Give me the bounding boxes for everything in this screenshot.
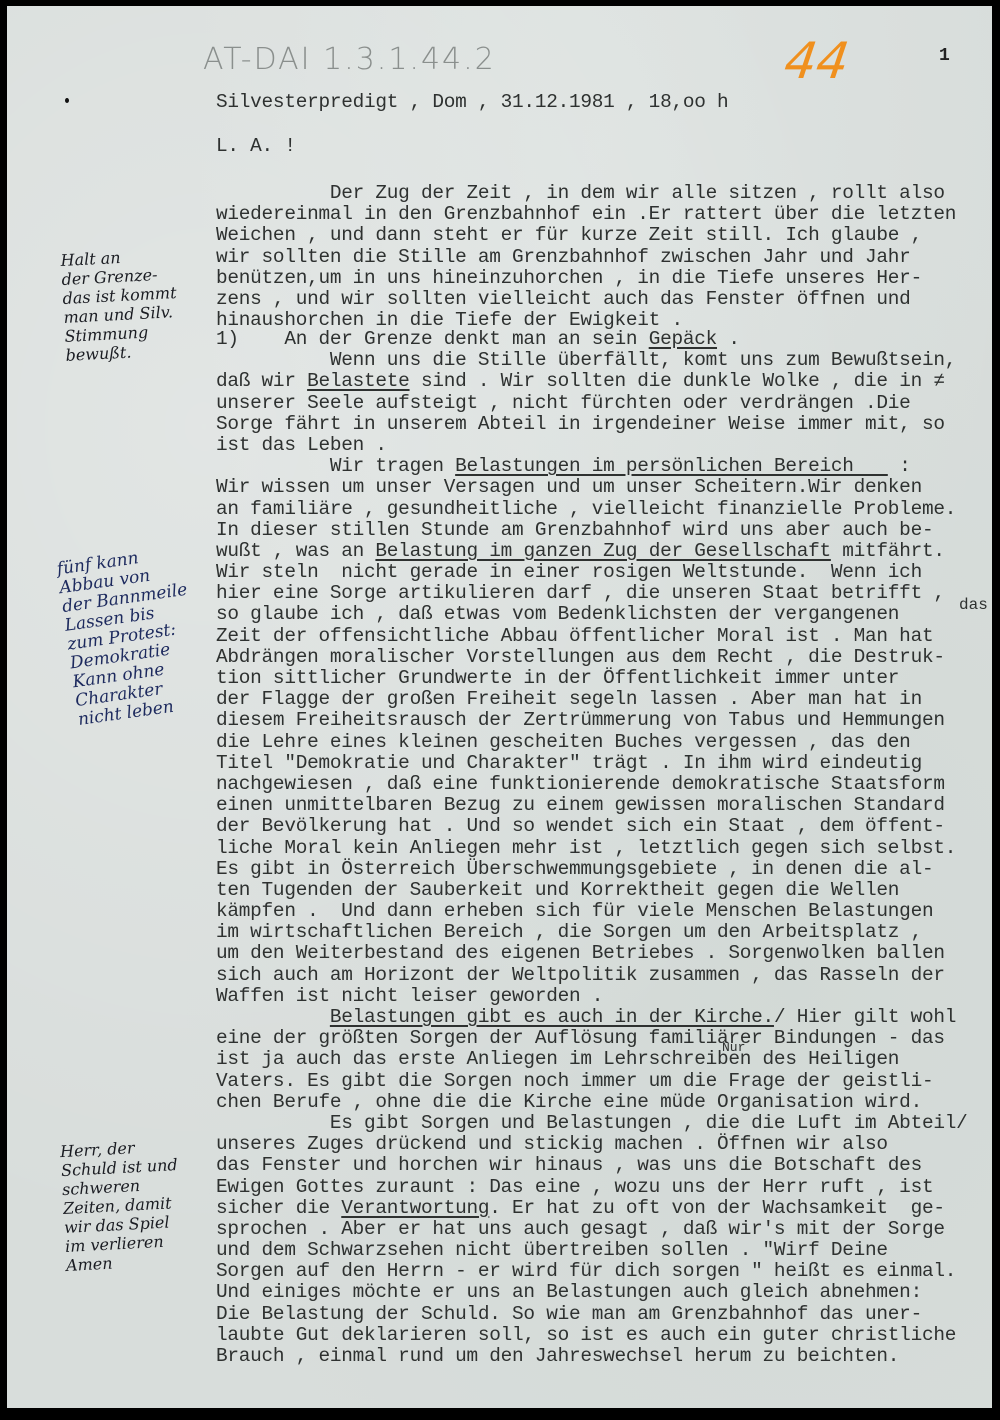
underlined-phrase: Gepäck [649,328,717,350]
page-number: 1 [939,46,950,66]
typed-line: wir sollten die Stille am Grenzbahnhof z… [216,247,996,268]
typed-line: Wir steln nicht gerade in einer rosigen … [216,562,996,583]
typed-line: Sorge fährt in unserem Abteil in irgende… [216,414,996,435]
underlined-phrase: Belastungen gibt es auch in der Kirche. [330,1006,774,1028]
typed-line: unseres Zuges drückend und stickig mache… [216,1134,996,1155]
typed-line: die Lehre eines kleinen gescheiten Buche… [216,732,996,753]
typed-line: Abdrängen moralischer Vorstellungen aus … [216,647,996,668]
underlined-phrase: Belastung im ganzen Zug der Gesellschaft [375,540,830,562]
typed-line: Weichen , und dann steht er für kurze Ze… [216,225,996,246]
intro-paragraph: Der Zug der Zeit , in dem wir alle sitze… [216,183,996,331]
folio-number: 44 [781,32,853,90]
typed-line: an familiäre , gesundheitliche , viellei… [216,499,996,520]
typed-line: und dem Schwarzsehen nicht übertreiben s… [216,1240,996,1261]
typed-line: Wir wissen um unser Versagen und um unse… [216,477,996,498]
typed-line: sich auch am Horizont der Weltpolitik zu… [216,965,996,986]
typed-line: der Bevölkerung hat . Und so wendet sich… [216,816,996,837]
margin-note-3: Herr, der Schuld ist und schweren Zeiten… [60,1136,183,1275]
typed-line: liche Moral kein Anliegen mehr ist , let… [216,838,996,859]
typed-line: ist ja auch das erste Anliegen im Lehrsc… [216,1049,996,1070]
typed-line: Der Zug der Zeit , in dem wir alle sitze… [216,183,996,204]
salutation: L. A. ! [216,136,996,157]
typed-line: wußt , was an Belastung im ganzen Zug de… [216,541,996,562]
typed-line: kämpfen . Und dann erheben sich für viel… [216,901,996,922]
margin-note-1: Halt an der Grenze- das ist kommt man un… [60,245,180,365]
typed-line: Vaters. Es gibt die Sorgen noch immer um… [216,1071,996,1092]
typed-line: Titel "Demokratie und Charakter" trägt .… [216,753,996,774]
underlined-phrase: Belastungen im persönlichen Bereich [455,455,888,477]
insertion-nur: Nur [722,1040,745,1055]
typed-line: um den Weiterbestand des eigenen Betrieb… [216,943,996,964]
typed-line: Es gibt in Österreich Überschwemmungsgeb… [216,859,996,880]
typed-line: ten Tugenden der Sauberkeit und Korrekth… [216,880,996,901]
typed-line: Wenn uns die Stille überfällt, komt uns … [216,350,996,371]
typed-line: Sorgen auf den Herrn - er wird für dich … [216,1261,996,1282]
document-page: AT-DAI 1.3.1.44.2 44 1 Silvesterpredigt … [7,6,992,1408]
typed-line: Belastungen gibt es auch in der Kirche./… [216,1007,996,1028]
typed-line: einen unmittelbaren Bezug zu einem gewis… [216,795,996,816]
typed-line: im wirtschaftlichen Bereich , die Sorgen… [216,922,996,943]
typed-line: In dieser stillen Stunde am Grenzbahnhof… [216,520,996,541]
typed-line: diesem Freiheitsrausch der Zertrümmerung… [216,710,996,731]
typed-line: so glaube ich , daß etwas vom Bedenklich… [216,604,996,625]
typed-line: Wir tragen Belastungen im persönlichen B… [216,456,996,477]
typed-line: tion sittlicher Grundwerte in der Öffent… [216,668,996,689]
typed-line: Die Belastung der Schuld. So wie man am … [216,1304,996,1325]
typed-line: wiedereinmal in den Grenzbahnhof ein .Er… [216,204,996,225]
archive-reference: AT-DAI 1.3.1.44.2 [203,42,496,77]
punch-mark [65,98,69,103]
typed-line: chen Berufe , ohne die die Kirche eine m… [216,1092,996,1113]
typed-line: der Flagge der großen Freiheit segeln la… [216,689,996,710]
typed-line: ist das Leben . [216,435,996,456]
typed-line: Und einiges möchte er uns an Belastungen… [216,1282,996,1303]
typed-line: Zeit der offensichtliche Abbau öffentlic… [216,626,996,647]
typed-line: eine der größten Sorgen der Auflösung fa… [216,1028,996,1049]
typed-line: daß wir Belastete sind . Wir sollten die… [216,371,996,392]
sermon-heading: Silvesterpredigt , Dom , 31.12.1981 , 18… [216,92,996,113]
typed-line: An der Grenze denkt man an sein Gepäck . [216,329,996,350]
underlined-phrase: Verantwortung [341,1197,489,1219]
typed-line: zens , und wir sollten vielleicht auch d… [216,289,996,310]
typed-line: Brauch , einmal rund um den Jahreswechse… [216,1346,996,1367]
typed-line: nachgewiesen , daß eine funktionierende … [216,774,996,795]
typed-line: sicher die Verantwortung. Er hat zu oft … [216,1198,996,1219]
typed-line: Waffen ist nicht leiser geworden . [216,986,996,1007]
section-1-body: An der Grenze denkt man an sein Gepäck .… [216,329,996,1367]
typed-line: Ewigen Gottes zuraunt : Das eine , wozu … [216,1177,996,1198]
typed-line: sprochen . Aber er hat uns auch gesagt ,… [216,1219,996,1240]
typed-line: hier eine Sorge artikulieren darf , die … [216,583,996,604]
typed-line: benützen,um in uns hineinzuhorchen , in … [216,268,996,289]
typed-line: unserer Seele aufsteigt , nicht fürchten… [216,393,996,414]
insertion-das: das [959,596,988,614]
typed-line: Es gibt Sorgen und Belastungen , die die… [216,1113,996,1134]
typed-line: das Fenster und horchen wir hinaus , was… [216,1155,996,1176]
margin-note-2: fünf kann Abbau von der Bannmeile Lassen… [56,543,205,730]
underlined-phrase: Belastete [307,370,409,392]
typed-line: laubte Gut deklarieren soll, so ist es a… [216,1325,996,1346]
